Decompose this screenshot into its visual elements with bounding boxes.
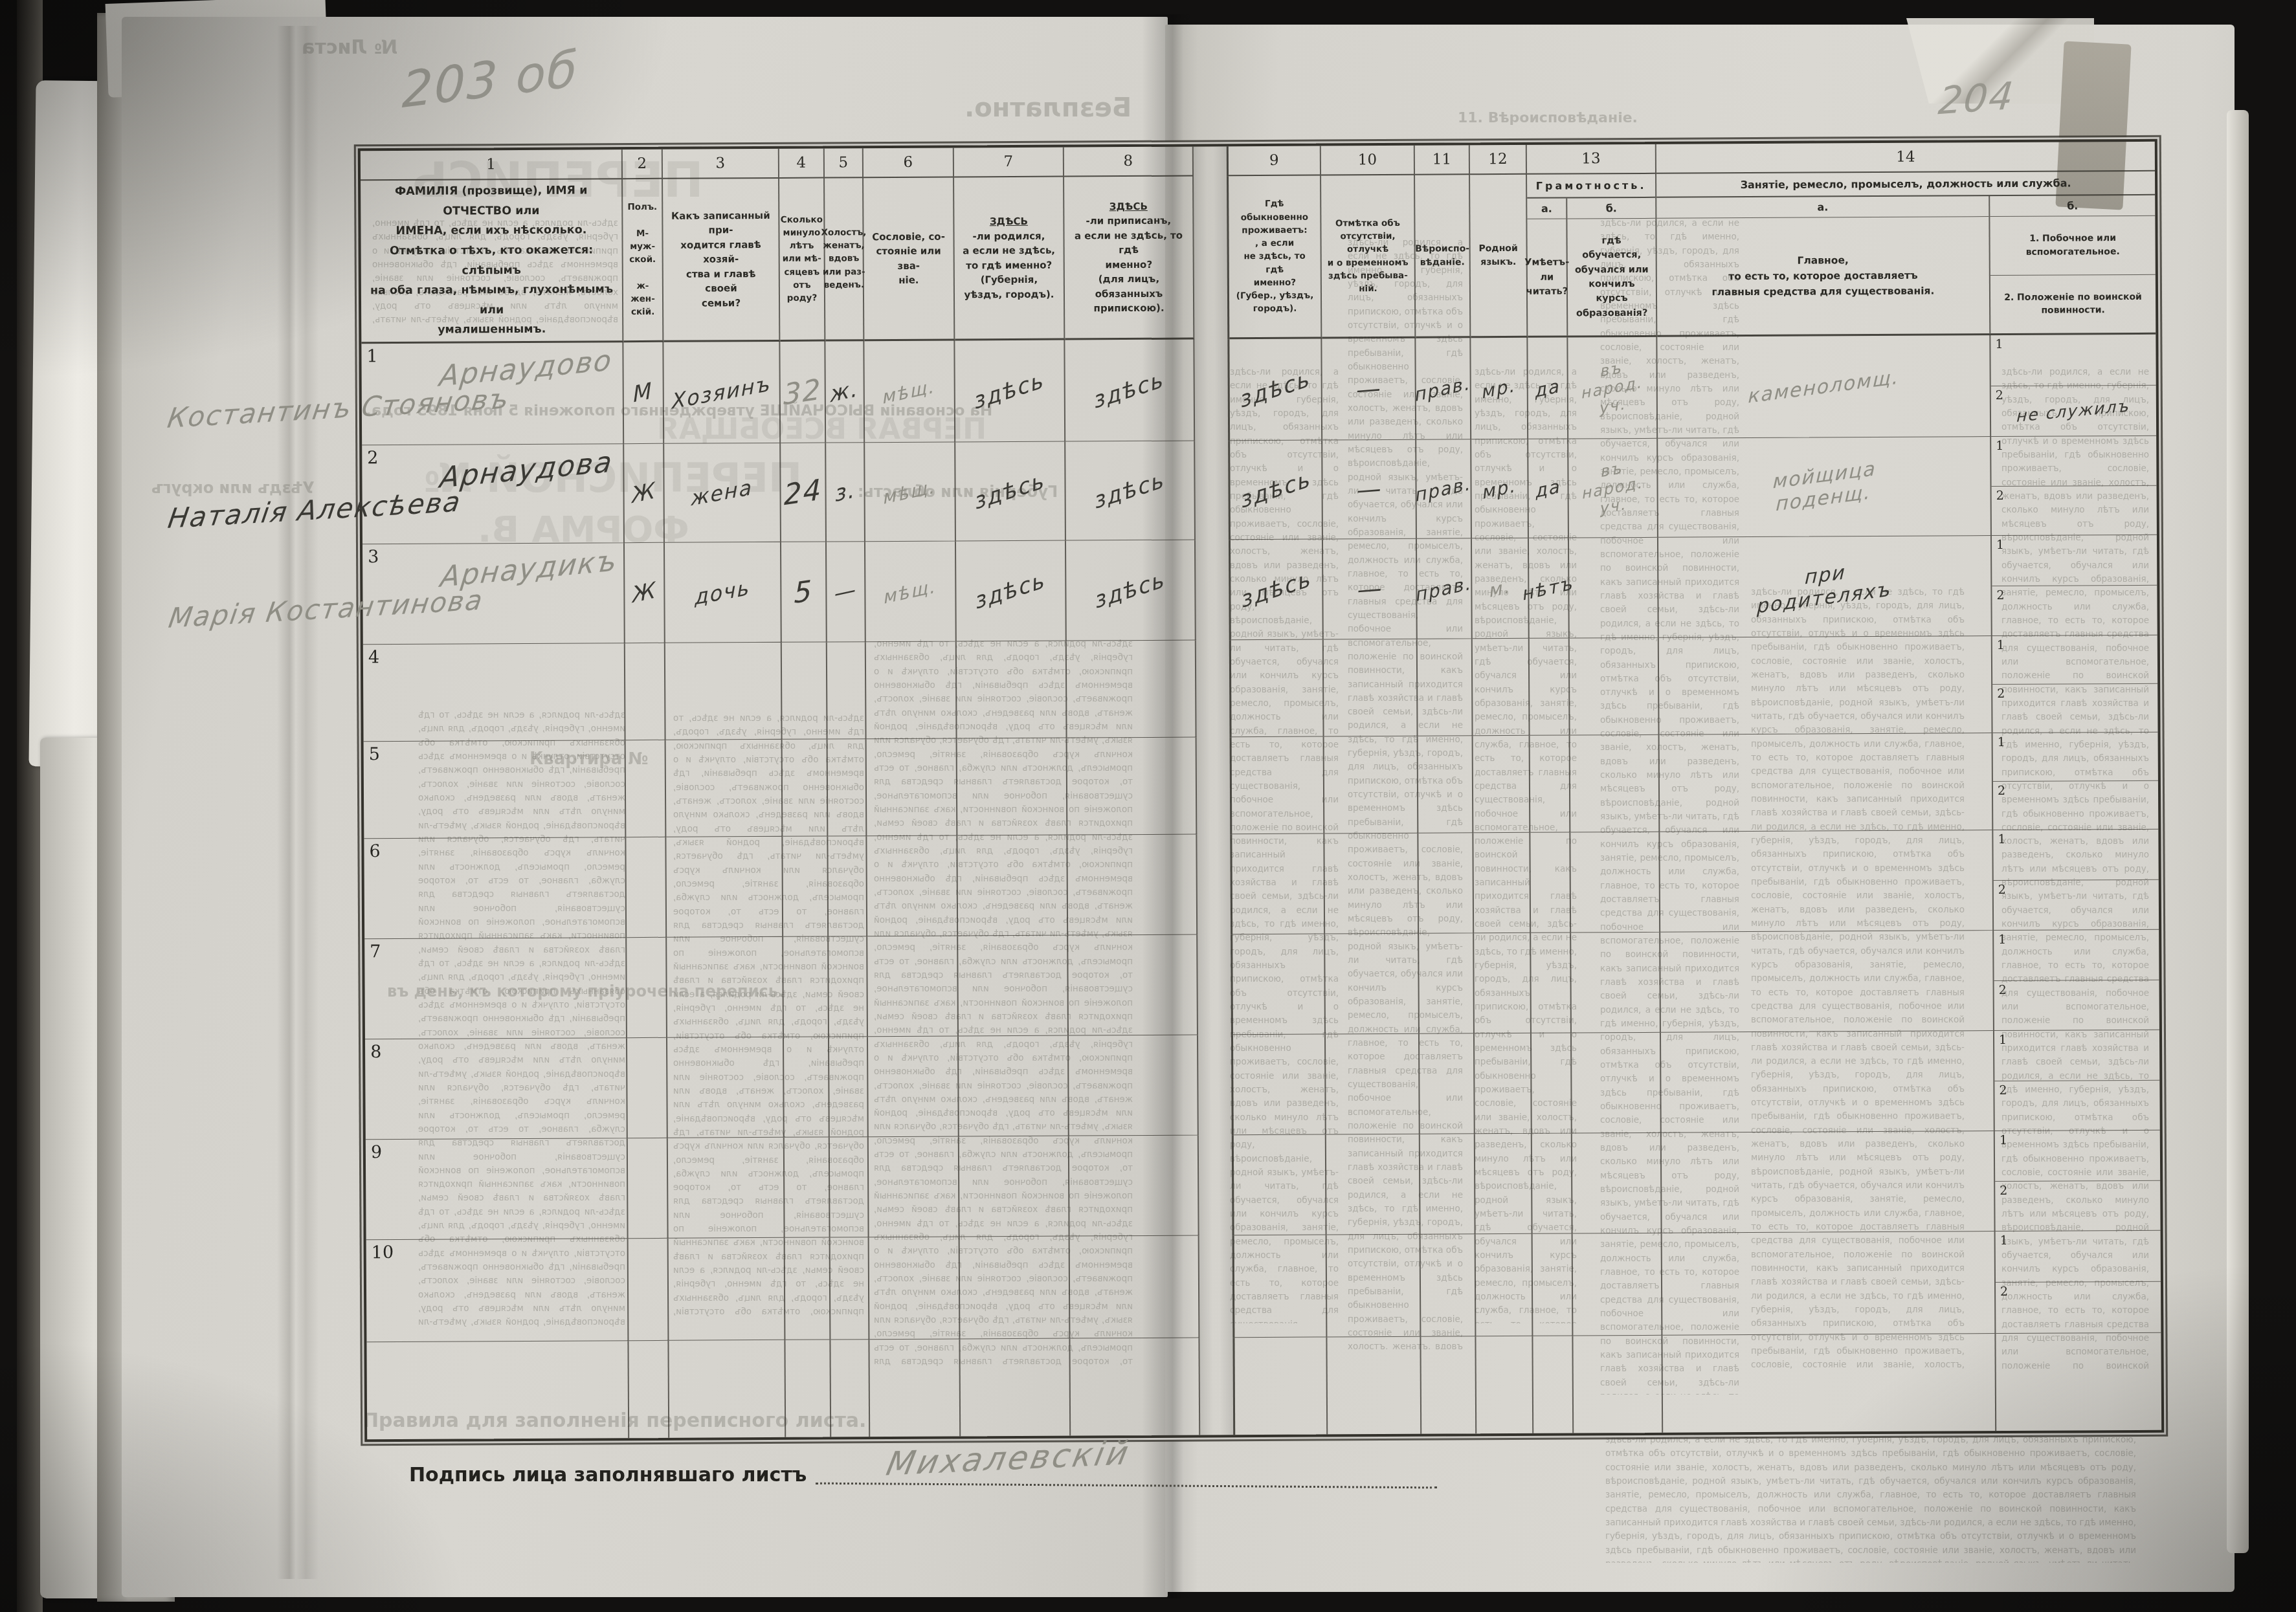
sub-row-label: 1 — [1996, 538, 2004, 552]
col-number-4: 4 — [779, 149, 825, 179]
row1-absence: — — [1322, 338, 1416, 441]
tail-absence — [1327, 1337, 1421, 1435]
sub-row-label: 1 — [1995, 337, 2003, 351]
row6-registered — [1067, 835, 1198, 936]
sub-row-label: 1 — [1997, 638, 2005, 652]
column-header-sex: Полъ. М-муж- ской. ж-жен- скій. — [623, 179, 663, 342]
row3-name: 3АрнаудикъМарія Костантинова — [362, 543, 625, 645]
row1-military-sub1: 1 — [1990, 335, 2156, 386]
row10-absence — [1327, 1235, 1421, 1338]
row8-absence — [1326, 1034, 1420, 1135]
gutter-column — [1199, 1135, 1234, 1235]
row1-age: 32 — [780, 342, 826, 443]
row4-education — [1570, 638, 1660, 736]
row3-relation: дочь — [665, 542, 782, 643]
row8-marital — [829, 1037, 869, 1137]
row3-resides: здѣсь — [1231, 539, 1324, 640]
row1-faith: прав. — [1416, 338, 1471, 439]
row9-relation — [668, 1138, 785, 1239]
row6-military-sub1: 1 — [1993, 830, 2158, 881]
signature-row: Подпись лица заполнявшаго листъ Михалевс… — [409, 1464, 1437, 1486]
handwriting-faith: прав. — [1414, 371, 1472, 405]
row7-born — [958, 936, 1069, 1037]
col-number-8: 8 — [1064, 147, 1194, 177]
row-number: 10 — [372, 1242, 394, 1263]
gutter-column — [1194, 146, 1229, 176]
handwriting-sex: Ж — [631, 478, 656, 509]
row4-relation — [665, 643, 783, 740]
row-number: 4 — [368, 647, 379, 667]
row2-absence: — — [1322, 440, 1417, 540]
row7-military-sub1: 1 — [1994, 930, 2159, 981]
column-header-relation: Какъ записанный при- ходится главѣ хозяй… — [663, 179, 780, 342]
row3-absence: — — [1323, 539, 1418, 640]
row9-sex — [628, 1138, 669, 1239]
row5-name: 5 — [364, 740, 627, 839]
row7-reads — [1531, 933, 1572, 1033]
handwriting-resides: здѣсь — [1239, 466, 1313, 514]
row8-education — [1572, 1033, 1662, 1134]
row6-language — [1473, 833, 1531, 933]
row7-relation — [667, 937, 784, 1038]
row9-faith — [1420, 1134, 1476, 1234]
handwriting-registered: здѣсь — [1093, 566, 1168, 614]
row9-occupation — [1662, 1131, 1996, 1233]
row4-resides — [1231, 639, 1324, 737]
row9-registered — [1069, 1136, 1199, 1237]
row3-military-sub1: 1 — [1992, 535, 2157, 586]
row7-language — [1474, 933, 1532, 1033]
row2-born: здѣсь — [955, 442, 1066, 542]
row7-estate — [867, 936, 959, 1037]
row1-sex: М — [623, 342, 664, 444]
tail-marital — [830, 1340, 870, 1437]
col-number-2: 2 — [623, 149, 663, 179]
sub-row-label: 2 — [1996, 588, 2004, 602]
row10-language — [1476, 1234, 1533, 1336]
showthrough-vera11: 11. Вѣроисповѣданіе. — [1458, 110, 1638, 126]
showthrough-uezd: Уѣздъ или округъ — [151, 479, 315, 497]
row8-reads — [1532, 1033, 1572, 1133]
row5-sex — [626, 740, 667, 837]
row1-marital: ж. — [825, 341, 865, 443]
gutter-column — [1194, 339, 1230, 441]
sub-row-label: 2 — [1999, 1083, 2007, 1097]
row4-military: 12 — [1992, 635, 2158, 733]
handwriting-marital: ж. — [830, 375, 860, 408]
row2-sex: Ж — [624, 444, 665, 543]
row8-name: 8 — [365, 1038, 628, 1140]
tail-age — [785, 1340, 831, 1437]
row9-estate — [869, 1136, 960, 1237]
row4-marital — [827, 642, 867, 739]
row5-estate — [867, 738, 958, 836]
row8-military-sub2: 2 — [1994, 1080, 2159, 1131]
column-header-residence: Гдѣ обыкновенно проживаетъ: , а если не … — [1229, 175, 1322, 339]
row10-age — [785, 1237, 831, 1340]
handwriting-age: 24 — [784, 473, 823, 512]
row8-sex — [627, 1038, 668, 1138]
col-number-11: 11 — [1415, 145, 1470, 175]
tail-sex — [629, 1341, 669, 1438]
handwriting-relation: жена — [691, 474, 753, 511]
tail-occupation — [1662, 1334, 1996, 1433]
row10-occupation — [1662, 1231, 1996, 1336]
handwriting-age: 5 — [794, 574, 813, 610]
row6-relation — [666, 837, 783, 938]
row1-language: мр. — [1471, 338, 1528, 439]
row8-faith — [1420, 1033, 1475, 1134]
census-table: 1 2 3 4 5 6 7 8 9 10 11 12 13 14 ФАМИЛІЯ… — [358, 139, 2164, 1442]
row8-military: 12 — [1994, 1030, 2160, 1131]
handwriting-born: здѣсь — [973, 467, 1047, 515]
row10-military-sub2: 2 — [1996, 1282, 2161, 1333]
row10-registered — [1070, 1236, 1200, 1339]
col-number-13: 13 — [1527, 144, 1656, 175]
sub-row-label: 2 — [1999, 982, 2007, 997]
row7-name: 7 — [364, 938, 627, 1039]
row10-born — [960, 1237, 1071, 1340]
row5-language — [1473, 736, 1531, 833]
row6-resides — [1232, 834, 1325, 934]
gutter-column — [1196, 540, 1231, 640]
row-number: 5 — [369, 744, 380, 764]
row5-relation — [666, 740, 783, 837]
gutter-column — [1198, 1035, 1234, 1135]
row9-name: 9 — [366, 1138, 629, 1240]
row3-born: здѣсь — [956, 541, 1067, 642]
row3-occupation: при родителяхъ — [1658, 536, 1992, 638]
sub-row-label: 2 — [2000, 1183, 2007, 1197]
literacy-sub-a: а. Умѣетъ- ли читать? — [1527, 199, 1568, 336]
tail-registered — [1070, 1338, 1200, 1436]
literacy-group-title: Грамотность. — [1527, 174, 1655, 199]
col-number-12: 12 — [1470, 145, 1527, 175]
row8-occupation — [1661, 1031, 1995, 1133]
row3-military: 12 — [1992, 535, 2157, 636]
handwriting-estate: мѣщ. — [884, 575, 937, 608]
showthrough-bezplatno: Безплатно. — [964, 93, 1131, 123]
row4-born — [957, 641, 1067, 739]
row7-age — [783, 936, 829, 1037]
col-number-14: 14 — [1656, 142, 2155, 174]
row9-resides — [1234, 1134, 1327, 1235]
row7-resides — [1232, 934, 1326, 1035]
column-header-surname: ФАМИЛІЯ (прозвище), ИМЯ и ОТЧЕСТВО или И… — [361, 179, 623, 344]
tail-military — [1996, 1333, 2161, 1431]
row4-language — [1473, 639, 1530, 736]
row1-occupation: каменоломщ. — [1657, 335, 1991, 439]
handwriting-age: 32 — [783, 373, 822, 412]
handwriting-relation: Хозяинъ — [672, 371, 772, 414]
row10-military-sub1: 1 — [1996, 1231, 2161, 1283]
handwriting-relation: дочь — [695, 575, 750, 610]
row9-absence — [1326, 1134, 1421, 1235]
row5-resides — [1232, 736, 1325, 834]
column-header-registration: ЗДѢСЬ-ли приписанъ, а если не здѣсь, то … — [1064, 177, 1194, 340]
row6-estate — [867, 835, 958, 936]
row4-occupation — [1659, 636, 1993, 735]
row2-education: въ народ. уч. — [1568, 439, 1658, 538]
header-underlined-word: ЗДѢСЬ — [990, 214, 1028, 229]
sub-row-label: 1 — [1998, 832, 2005, 846]
row5-military-sub2: 2 — [1993, 781, 2158, 830]
handwriting-language: м. — [1488, 575, 1511, 601]
row7-occupation — [1660, 931, 1994, 1033]
row-number: 2 — [367, 448, 378, 468]
sub-row-label: 2 — [1998, 784, 2005, 798]
row6-occupation — [1660, 830, 1994, 933]
handwriting-marital: — — [834, 576, 858, 607]
handwriting-estate: мѣщ. — [883, 475, 937, 508]
handwriting-occupation: при родителяхъ — [1756, 555, 1893, 619]
col-number-10: 10 — [1321, 146, 1415, 176]
row3-registered: здѣсь — [1066, 540, 1196, 641]
row8-born — [959, 1036, 1069, 1137]
row2-marital: з. — [826, 443, 865, 542]
row-number: 3 — [368, 547, 379, 567]
row5-age — [783, 740, 829, 837]
row5-reads — [1530, 735, 1571, 832]
row8-estate — [868, 1036, 959, 1137]
row9-born — [959, 1136, 1070, 1237]
handwriting-born: здѣсь — [974, 567, 1048, 615]
row8-age — [784, 1037, 830, 1137]
row2-military-sub2: 2 — [1992, 485, 2157, 535]
row9-military-sub2: 2 — [1995, 1180, 2160, 1231]
row6-absence — [1324, 834, 1419, 934]
row1-military-sub2: 2не служилъ — [1991, 385, 2156, 436]
row2-registered: здѣсь — [1065, 441, 1196, 541]
column-header-age: Сколько минуло лѣтъ или мѣ- сяцевъ отъ р… — [779, 179, 825, 342]
tail-resides — [1234, 1337, 1328, 1435]
row10-sex — [629, 1239, 669, 1341]
row10-faith — [1421, 1234, 1477, 1336]
sub-row-label: 2 — [1996, 488, 2004, 502]
gutter-column — [1198, 934, 1233, 1035]
row4-registered — [1067, 641, 1197, 738]
row6-born — [957, 835, 1068, 936]
row3-language: м. — [1472, 538, 1530, 639]
row1-education: въ народ. уч. — [1568, 337, 1658, 439]
row10-resides — [1234, 1235, 1328, 1338]
handwriting-registered: здѣсь — [1093, 467, 1167, 514]
row2-age: 24 — [781, 443, 827, 542]
row4-sex — [625, 643, 666, 740]
gutter-column — [1194, 176, 1229, 339]
tail-faith — [1421, 1336, 1477, 1433]
row7-faith — [1419, 933, 1475, 1033]
handwriting-education: въ народ. уч. — [1568, 453, 1657, 524]
row8-registered — [1069, 1035, 1199, 1136]
row6-military: 12 — [1993, 830, 2159, 931]
column-header-estate: Сословіе, со- стояніе или зва- ніе. — [864, 177, 955, 341]
handwriting-language: мр. — [1481, 374, 1517, 403]
row5-marital — [828, 739, 867, 836]
row-number: 1 — [366, 346, 377, 366]
row3-education — [1569, 538, 1659, 639]
row4-absence — [1324, 639, 1418, 737]
row9-military: 12 — [1995, 1131, 2161, 1231]
row4-faith — [1418, 639, 1473, 736]
row1-name: 1АрнаудовоКостантинъ Стояновъ — [361, 342, 624, 445]
sub-row-label: 1 — [1996, 439, 2003, 453]
sub-row-label: 1 — [2000, 1133, 2007, 1147]
row7-marital — [829, 936, 868, 1037]
sub-row-label: 1 — [1998, 735, 2005, 749]
row2-military-sub1: 1 — [1991, 436, 2156, 487]
row9-education — [1572, 1133, 1662, 1234]
col-number-7: 7 — [954, 148, 1064, 178]
tail-relation — [669, 1340, 786, 1438]
row9-language — [1475, 1134, 1533, 1234]
right-page-number: 204 — [1937, 74, 2017, 124]
row8-military-sub1: 1 — [1994, 1030, 2159, 1081]
row3-age: 5 — [781, 542, 827, 643]
gutter-column — [1197, 737, 1232, 834]
row1-resides: здѣсь — [1229, 338, 1322, 441]
showthrough-text-block: здѣсь-ли родился, а если не здѣсь, то гд… — [1605, 1433, 2136, 1563]
tail-born — [960, 1339, 1071, 1437]
handwriting-occupation: мойщица поденщ. — [1772, 458, 1877, 516]
row9-marital — [830, 1137, 869, 1237]
handwriting-marital: з. — [834, 477, 856, 508]
sub-row-label: 2 — [1996, 388, 2003, 402]
row-number: 9 — [371, 1142, 382, 1162]
col-number-9: 9 — [1229, 146, 1321, 177]
row2-language: мр. — [1471, 439, 1529, 538]
row6-reads — [1530, 832, 1571, 933]
occupation-group-title: Занятіе, ремесло, промыселъ, должность и… — [1656, 171, 2155, 198]
row5-military: 12 — [1993, 733, 2159, 830]
row5-military-sub1: 1 — [1993, 733, 2158, 782]
row4-reads — [1530, 639, 1570, 736]
row8-relation — [667, 1037, 785, 1138]
handwriting-reads: нѣтъ — [1522, 571, 1575, 604]
column-header-language: Родной языкъ. — [1470, 175, 1528, 338]
row2-military: 12 — [1991, 436, 2157, 536]
header-underlined-word: ЗДѢСЬ — [1109, 199, 1148, 214]
handwriting-faith: прав. — [1415, 571, 1473, 605]
occupation-sub-b: б. 1. Побочное или вспомогательное. 2. П… — [1990, 195, 2156, 333]
tail-education — [1573, 1336, 1663, 1433]
handwriting-occupation: каменоломщ. — [1748, 366, 1900, 408]
gutter-column — [1199, 1235, 1235, 1338]
handwriting-reads: да — [1534, 375, 1561, 402]
row10-military: 12 — [1996, 1231, 2161, 1334]
row3-marital: — — [827, 542, 866, 642]
sub-row-label: 2 — [2000, 1285, 2008, 1299]
row10-education — [1573, 1233, 1663, 1336]
column-header-absence: Отмѣтка объ отсутствіи, отлучкѣ и о врем… — [1321, 175, 1416, 339]
row3-military-sub2: 2 — [1992, 585, 2157, 635]
row5-registered — [1067, 738, 1198, 835]
row6-military-sub2: 2 — [1994, 879, 2159, 930]
tail-reads — [1533, 1336, 1574, 1433]
col-number-1: 1 — [361, 149, 623, 181]
handwriting-absence: — — [1355, 474, 1383, 505]
row3-estate: мѣщ. — [865, 541, 957, 642]
handwriting-education: въ народ. уч. — [1568, 353, 1656, 423]
sub-row-label: 1 — [1998, 933, 2006, 947]
column-header-marital: Холостъ, женатъ, вдовъ или раз- веденъ. — [825, 178, 864, 341]
row3-faith: прав. — [1417, 538, 1473, 639]
handwriting-military: не служилъ — [2016, 396, 2131, 426]
page-crease — [277, 26, 318, 1579]
row9-military-sub1: 1 — [1995, 1131, 2160, 1182]
row10-name: 10 — [366, 1239, 629, 1342]
handwriting-sex: Ж — [632, 577, 657, 609]
handwriting-resides: здѣсь — [1240, 566, 1314, 613]
signature-label: Подпись лица заполнявшаго листъ — [409, 1464, 807, 1486]
row-number: 7 — [370, 942, 381, 962]
literacy-sub-b: б. гдѣ обучается, обучался или кончилъ к… — [1567, 198, 1656, 336]
row8-language — [1475, 1033, 1532, 1134]
row1-registered: здѣсь — [1065, 340, 1195, 442]
handwriting-reads: да — [1535, 475, 1562, 502]
handwriting-absence: — — [1355, 574, 1383, 604]
sub-row-label: 1 — [1999, 1033, 2007, 1047]
row10-marital — [830, 1237, 870, 1340]
row5-education — [1570, 735, 1660, 833]
row10-reads — [1533, 1233, 1574, 1336]
handwriting-absence: — — [1355, 374, 1383, 404]
row-number: 8 — [370, 1042, 381, 1062]
row5-faith — [1418, 736, 1474, 833]
row8-resides — [1233, 1034, 1326, 1135]
gutter-column — [1199, 1338, 1235, 1435]
row2-name: 2АрнаудоваНаталія Алексѣева — [362, 444, 625, 544]
row6-education — [1570, 832, 1660, 933]
row-number: 6 — [369, 841, 380, 861]
row9-age — [785, 1137, 830, 1237]
column-header-birthplace: ЗДѢСЬ-ли родился, а если не здѣсь, то гд… — [954, 177, 1065, 341]
row4-military-sub1: 1 — [1992, 635, 2157, 685]
row10-relation — [669, 1238, 786, 1341]
handwriting-estate: мѣщ. — [882, 375, 936, 408]
row2-relation: жена — [664, 443, 781, 543]
row2-reads: да — [1528, 439, 1569, 538]
row1-born: здѣсь — [955, 340, 1065, 443]
sub-row-label: 1 — [2000, 1233, 2008, 1248]
row7-military-sub2: 2 — [1994, 980, 2159, 1030]
tail-estate — [869, 1339, 961, 1437]
col-number-5: 5 — [825, 148, 864, 178]
handwriting-faith: прав. — [1415, 472, 1473, 505]
row9-reads — [1532, 1133, 1573, 1233]
row6-name: 6 — [364, 837, 627, 939]
sub-row-label: 2 — [1998, 882, 2006, 896]
handwriting-resides: здѣсь — [1238, 366, 1313, 414]
row6-age — [783, 837, 829, 937]
row2-faith: прав. — [1416, 439, 1472, 538]
gutter-column — [1195, 441, 1231, 540]
row4-age — [782, 643, 828, 740]
row4-military-sub2: 2 — [1992, 684, 2157, 733]
row7-sex — [627, 938, 667, 1038]
row1-relation: Хозяинъ — [663, 342, 781, 444]
right-page-edge — [2227, 110, 2249, 1553]
row5-born — [957, 738, 1068, 836]
handwriting-registered: здѣсь — [1092, 366, 1166, 414]
handwriting-born: здѣсь — [972, 367, 1047, 415]
row7-education — [1571, 933, 1661, 1033]
col-number-6: 6 — [864, 148, 954, 178]
row2-occupation: мойщица поденщ. — [1658, 437, 1992, 538]
column-header-occupation-group: Занятіе, ремесло, промыселъ, должность и… — [1656, 171, 2156, 337]
handwriting-surname: Арнаудова — [438, 445, 615, 495]
row1-estate: мѣщ. — [864, 340, 955, 443]
